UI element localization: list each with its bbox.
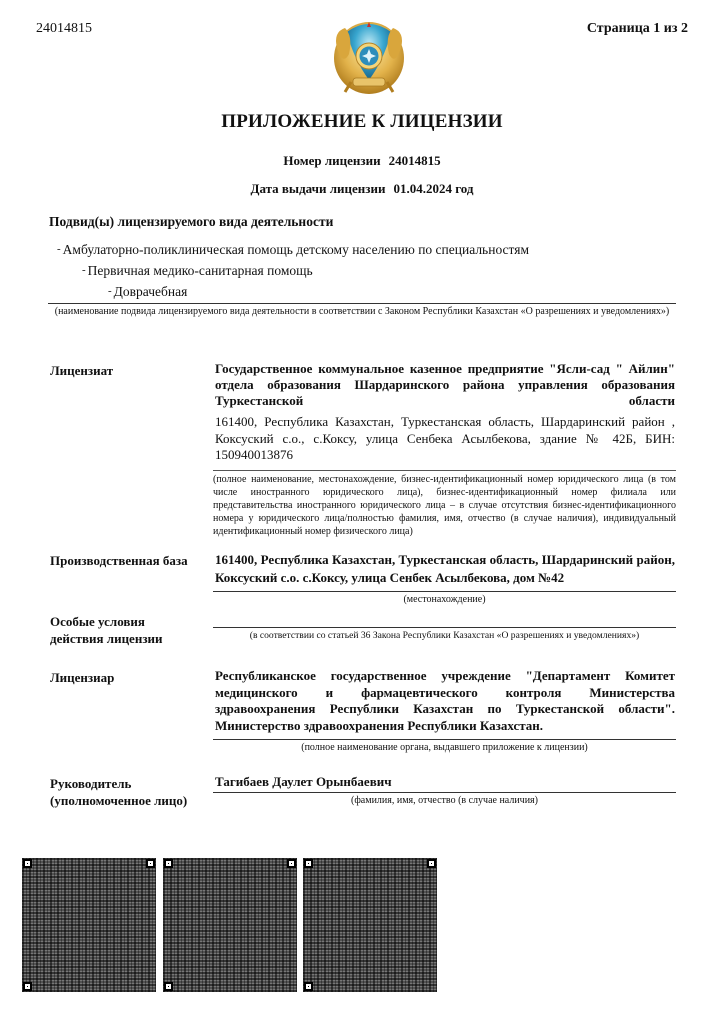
divider — [213, 739, 676, 740]
divider — [48, 303, 676, 304]
production-base-note: (местонахождение) — [213, 593, 676, 606]
production-base-label: Производственная база — [50, 552, 188, 569]
bullet-dash-icon: - — [57, 243, 61, 255]
state-emblem-icon — [331, 18, 407, 98]
special-conditions-note: (в соответствии со статьей 36 Закона Рес… — [213, 629, 676, 642]
bullet-dash-icon: - — [108, 285, 112, 297]
activity-item-level-1: -Амбулаторно-поликлиническая помощь детс… — [57, 242, 529, 258]
activity-item-level-3: -Доврачебная — [108, 284, 187, 300]
document-title: ПРИЛОЖЕНИЕ К ЛИЦЕНЗИИ — [0, 111, 724, 133]
divider — [213, 627, 676, 628]
license-date-label: Дата выдачи лицензии — [251, 181, 386, 196]
head-value: Тагибаев Даулет Орынбаевич — [215, 774, 675, 791]
activities-note: (наименование подвида лицензируемого вид… — [48, 305, 676, 318]
divider — [213, 470, 676, 471]
qr-code-2 — [163, 858, 297, 992]
head-label: Руководитель (уполномоченное лицо) — [50, 775, 187, 809]
license-number-value: 24014815 — [389, 153, 441, 168]
special-conditions-label: Особые условия действия лицензии — [50, 613, 163, 647]
licensor-value: Республиканское государственное учрежден… — [215, 668, 675, 734]
license-number-row: Номер лицензии24014815 — [0, 153, 724, 169]
license-date-value: 01.04.2024 год — [393, 181, 473, 196]
production-base-value: 161400, Республика Казахстан, Туркестанс… — [215, 551, 675, 586]
license-date-row: Дата выдачи лицензии01.04.2024 год — [0, 181, 724, 197]
license-number-label: Номер лицензии — [283, 153, 380, 168]
head-note: (фамилия, имя, отчество (в случае наличи… — [213, 794, 676, 807]
divider — [213, 591, 676, 592]
qr-code-1 — [22, 858, 156, 992]
qr-code-3 — [303, 858, 437, 992]
licensee-name: Государственное коммунальное казенное пр… — [215, 361, 675, 409]
licensor-note: (полное наименование органа, выдавшего п… — [213, 741, 676, 754]
divider — [213, 792, 676, 793]
licensee-label: Лицензиат — [50, 362, 113, 379]
document-number: 24014815 — [36, 21, 92, 37]
activity-item-level-2: -Первичная медико-санитарная помощь — [82, 263, 313, 279]
licensee-address: 161400, Республика Казахстан, Туркестанс… — [215, 414, 675, 464]
bullet-dash-icon: - — [82, 264, 86, 276]
activities-heading: Подвид(ы) лицензируемого вида деятельнос… — [49, 214, 333, 230]
page-indicator: Страница 1 из 2 — [587, 21, 688, 37]
licensor-label: Лицензиар — [50, 669, 114, 686]
licensee-note: (полное наименование, местонахождение, б… — [213, 473, 676, 538]
